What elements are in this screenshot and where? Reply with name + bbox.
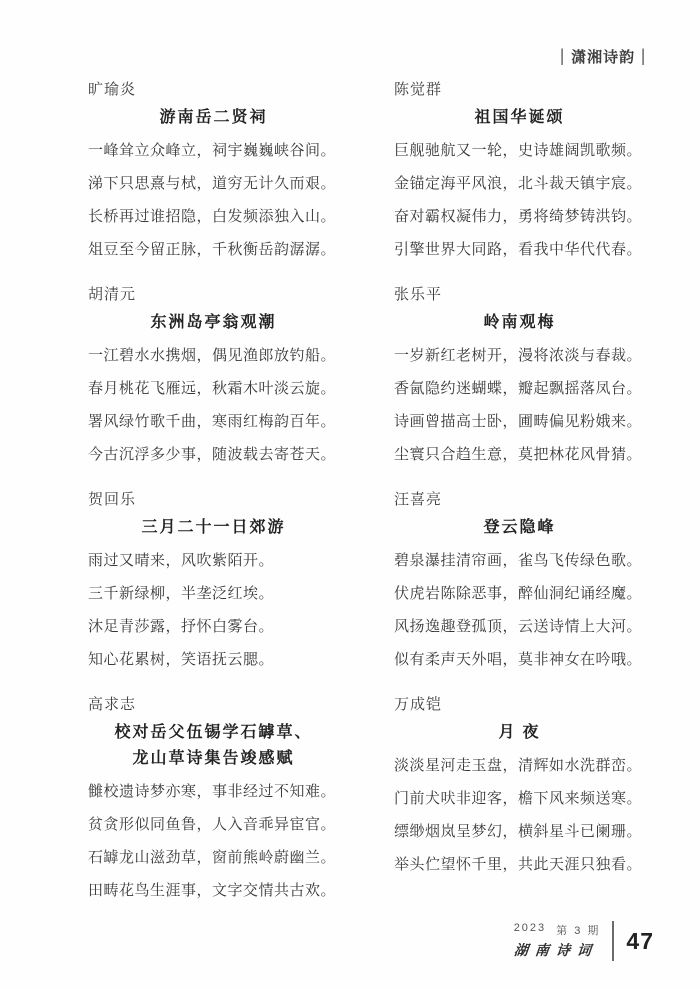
poem-line: 长桥再过谁招隐，白发频添独入山。 [88,201,339,234]
poem-author: 万成铠 [394,693,645,714]
poem-line: 门前犬吠非迎客，檐下风来频送寒。 [394,783,645,816]
poem-line: 淡淡星河走玉盘，清辉如水洗群峦。 [394,750,645,783]
poem-title-line-2: 龙山草诗集告竣感赋 [88,746,339,772]
poem-title-line-1: 校对岳父伍锡学石罅草、 [88,720,339,746]
journal-name-script: 湖南诗词 [513,940,602,960]
page-number: 47 [626,928,654,955]
magazine-page: | 潇湘诗韵 | 旷瑜炎 游南岳二贤祠 一峰耸立众峰立，祠宇巍巍峡谷间。 涕下只… [0,0,700,989]
poem-author: 张乐平 [394,283,645,304]
poem-title: 祖国华诞颂 [394,105,645,131]
poem-line: 春月桃花飞雁远，秋霜木叶淡云旋。 [88,373,339,406]
poem-title: 月 夜 [394,720,645,746]
poem-line: 雨过又晴来，风吹紫陌开。 [88,545,339,578]
poem-author: 胡清元 [88,283,339,304]
poem-line: 引擎世界大同路，看我中华代代春。 [394,234,645,267]
poem-line: 奋对霸权凝伟力，勇将绮梦铸洪钧。 [394,201,645,234]
page-footer: 2023 第 3 期 湖南诗词 47 [514,921,654,961]
poem-title: 登云隐峰 [394,515,645,541]
footer-year: 2023 [514,922,546,938]
poem-block-huqingyuan: 胡清元 东洲岛亭翁观潮 一江碧水水携烟，偶见渔郎放钓船。 春月桃花飞雁远，秋霜木… [88,283,339,472]
poem-title: 岭南观梅 [394,310,645,336]
poem-block-wangxiliang: 汪喜亮 登云隐峰 碧泉瀑挂清帘画，雀鸟飞传绿色歌。 伏虎岩陈除恶事，醉仙洞纪诵经… [394,488,645,677]
footer-issue-line: 2023 第 3 期 [514,922,601,938]
poem-title: 游南岳二贤祠 [88,105,339,131]
poem-line: 诗画曾描高士卧，圃畴偏见粉娥来。 [394,406,645,439]
poem-line: 今古沉浮多少事，随波载去寄苍天。 [88,439,339,472]
poem-line: 一峰耸立众峰立，祠宇巍巍峡谷间。 [88,135,339,168]
poem-line: 一岁新红老树开，漫将浓淡与春裁。 [394,340,645,373]
poem-line: 知心花累树，笑语抚云腮。 [88,644,339,677]
poem-line: 涕下只思熹与栻，道穷无计久而艰。 [88,168,339,201]
poem-block-zhangleping: 张乐平 岭南观梅 一岁新红老树开，漫将浓淡与春裁。 香氤隐约迷蝴蝶，瓣起飘摇落凤… [394,283,645,472]
poem-block-hehuile: 贺回乐 三月二十一日郊游 雨过又晴来，风吹紫陌开。 三千新绿柳，半垄泛红埃。 沐… [88,488,339,677]
poem-line: 巨舰驰航又一轮，史诗雄阔凯歌频。 [394,135,645,168]
poem-line: 雠校遗诗梦亦寒，事非经过不知难。 [88,776,339,809]
footer-divider-line [612,921,614,961]
poem-block-wanchengkai: 万成铠 月 夜 淡淡星河走玉盘，清辉如水洗群峦。 门前犬吠非迎客，檐下风来频送寒… [394,693,645,908]
poem-line: 署风绿竹歌千曲，寒雨红梅韵百年。 [88,406,339,439]
poem-line: 似有柔声天外唱，莫非神女在吟哦。 [394,644,645,677]
poem-block-chenjuequn: 陈觉群 祖国华诞颂 巨舰驰航又一轮，史诗雄阔凯歌频。 金锚定海平风浪，北斗裁天镇… [394,78,645,267]
poem-line: 三千新绿柳，半垄泛红埃。 [88,578,339,611]
poem-columns: 旷瑜炎 游南岳二贤祠 一峰耸立众峰立，祠宇巍巍峡谷间。 涕下只思熹与栻，道穷无计… [88,78,645,924]
poem-author: 陈觉群 [394,78,645,99]
page-header: | 潇湘诗韵 | [560,46,646,67]
poem-line: 沐足青莎露，抒怀白雾台。 [88,611,339,644]
poem-title: 东洲岛亭翁观潮 [88,310,339,336]
header-right-bar: | [641,47,646,67]
section-title: 潇湘诗韵 [571,46,635,67]
poem-line: 田畴花鸟生涯事，文字交情共古欢。 [88,875,339,908]
poem-title: 三月二十一日郊游 [88,515,339,541]
poem-author: 高求志 [88,693,339,714]
poem-line: 缥缈烟岚呈梦幻，横斜星斗已阑珊。 [394,816,645,849]
poem-line: 尘寰只合趋生意，莫把林花风骨猜。 [394,439,645,472]
footer-issue-number: 第 3 期 [556,922,600,938]
poem-line: 风扬逸趣登孤顶，云送诗情上大河。 [394,611,645,644]
poem-title: 校对岳父伍锡学石罅草、 龙山草诗集告竣感赋 [88,720,339,772]
header-left-bar: | [560,47,565,67]
poem-line: 伏虎岩陈除恶事，醉仙洞纪诵经魔。 [394,578,645,611]
poem-line: 碧泉瀑挂清帘画，雀鸟飞传绿色歌。 [394,545,645,578]
poem-line: 香氤隐约迷蝴蝶，瓣起飘摇落凤台。 [394,373,645,406]
poem-block-gaoqiuzhi: 高求志 校对岳父伍锡学石罅草、 龙山草诗集告竣感赋 雠校遗诗梦亦寒，事非经过不知… [88,693,339,908]
poem-line: 举头伫望怀千里，共此天涯只独看。 [394,849,645,882]
poem-line: 俎豆至今留正脉，千秋衡岳韵潺潺。 [88,234,339,267]
poem-author: 贺回乐 [88,488,339,509]
poem-author: 旷瑜炎 [88,78,339,99]
footer-issue-block: 2023 第 3 期 湖南诗词 [514,922,601,960]
poem-line: 一江碧水水携烟，偶见渔郎放钓船。 [88,340,339,373]
poem-line: 贫贪形似同鱼鲁，人入音乖异宦官。 [88,809,339,842]
poem-line: 金锚定海平风浪，北斗裁天镇宇宸。 [394,168,645,201]
poem-author: 汪喜亮 [394,488,645,509]
poem-block-kuangyuyan: 旷瑜炎 游南岳二贤祠 一峰耸立众峰立，祠宇巍巍峡谷间。 涕下只思熹与栻，道穷无计… [88,78,339,267]
poem-line: 石罅龙山滋劲草，窗前熊岭蔚幽兰。 [88,842,339,875]
